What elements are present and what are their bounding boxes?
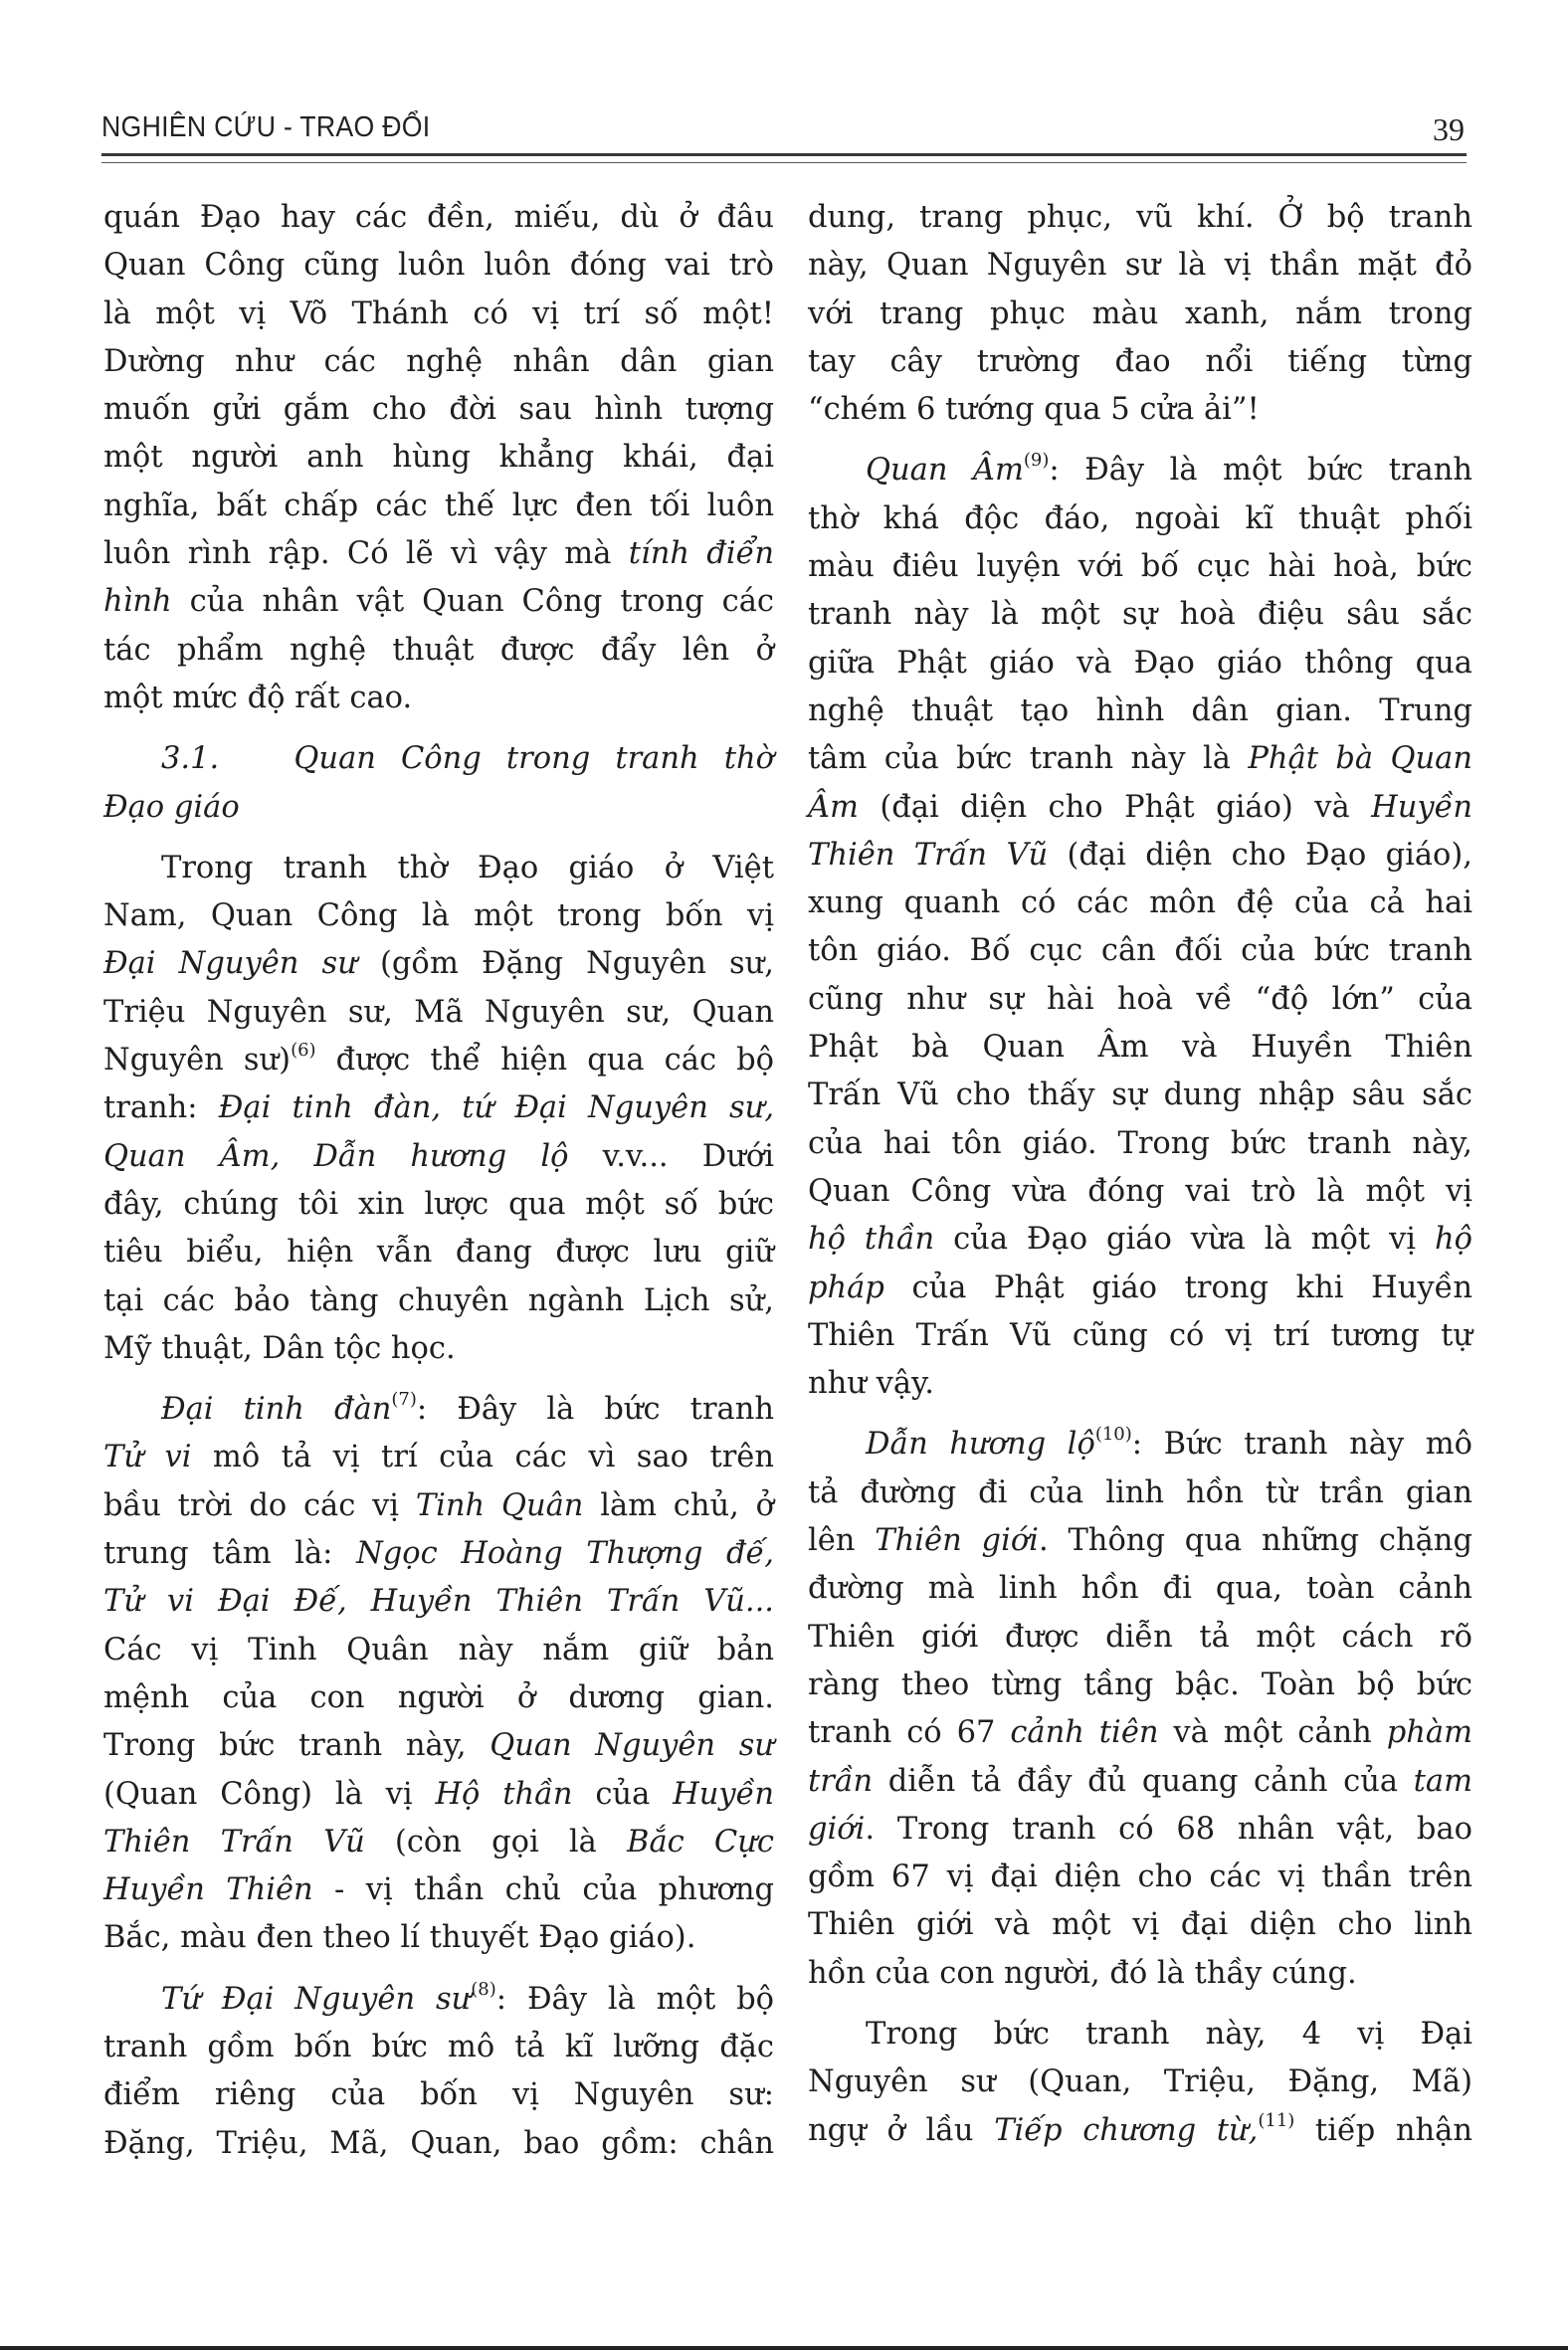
- text-line: Bắc, màu đen theo lí thuyết Đạo giáo).: [103, 1914, 774, 1962]
- text-run: . Trong tranh có 68 nhân vật, bao: [865, 1812, 1472, 1847]
- section-title: NGHIÊN CỨU - TRAO ĐỔI: [101, 111, 430, 144]
- text-line: Tử vi Đại Đế, Huyền Thiên Trấn Vũ...: [103, 1578, 774, 1626]
- text-line: Âm (đại diện cho Phật giáo) và Huyền: [808, 784, 1472, 832]
- text-line: ngự ở lầu Tiếp chương từ,(11) tiếp nhận: [808, 2107, 1472, 2155]
- heading-line: Đạo giáo: [103, 784, 774, 832]
- emphasis: Đại Nguyên sư: [103, 946, 357, 981]
- emphasis: cảnh tiên: [1010, 1715, 1158, 1750]
- text-line: quán Đạo hay các đền, miếu, dù ở đâu: [103, 194, 774, 242]
- text-line: ràng theo từng tầng bậc. Toàn bộ bức: [808, 1662, 1472, 1709]
- text-run: bầu trời do các vị: [103, 1488, 416, 1523]
- paragraph-dan-huong-lo: Dẫn hương lộ(10): Bức tranh này mô tả đư…: [808, 1421, 1472, 1998]
- text-run: Nguyên sư): [103, 1043, 291, 1078]
- emphasis: Tinh Quân: [416, 1488, 584, 1523]
- text-line: tranh này là một sự hoà điệu sâu sắc: [808, 591, 1472, 639]
- emphasis: Tử vi: [103, 1440, 191, 1474]
- emphasis: Phật bà Quan: [1248, 741, 1472, 776]
- text-line: đây, chúng tôi xin lược qua một số bức: [103, 1181, 774, 1229]
- text-line: Quan Công vừa đóng vai trò là một vị: [808, 1168, 1472, 1216]
- text-line: “chém 6 tướng qua 5 cửa ải”!: [808, 386, 1472, 434]
- paragraph-quan-am: Quan Âm(9): Đây là một bức tranh thờ khá…: [808, 447, 1472, 1408]
- page-number: 39: [1433, 111, 1465, 148]
- emphasis: Huyền Thiên: [103, 1872, 313, 1907]
- footnote-ref-11[interactable]: (11): [1258, 2110, 1294, 2131]
- text-run: tranh có 67: [808, 1715, 1010, 1750]
- text-line: Quan Âm(9): Đây là một bức tranh: [808, 447, 1472, 494]
- text-line: xung quanh có các môn đệ của cả hai: [808, 880, 1472, 927]
- text-line: Các vị Tinh Quân này nắm giữ bản: [103, 1627, 774, 1674]
- text-line: tay cây trường đao nổi tiếng từng: [808, 338, 1472, 386]
- text-line: điểm riêng của bốn vị Nguyên sư:: [103, 2071, 774, 2119]
- emphasis: Đại tinh đàn: [161, 1392, 391, 1427]
- footnote-ref-7[interactable]: (7): [391, 1389, 417, 1410]
- text-line: muốn gửi gắm cho đời sau hình tượng: [103, 386, 774, 434]
- text-line: thờ khá độc đáo, ngoài kĩ thuật phối: [808, 495, 1472, 543]
- section-heading-3-1: 3.1. Quan Công trong tranh thờ Đạo giáo: [103, 735, 774, 832]
- paragraph-dai-nguyen-su: Trong tranh thờ Đạo giáo ở Việt Nam, Qua…: [103, 845, 774, 1373]
- emphasis: Quan Âm: [866, 453, 1024, 488]
- text-line: tôn giáo. Bố cục cân đối của bức tranh: [808, 927, 1472, 975]
- text-line: Trong tranh thờ Đạo giáo ở Việt: [103, 845, 774, 892]
- emphasis: phàm: [1387, 1715, 1472, 1750]
- text-line: giới. Trong tranh có 68 nhân vật, bao: [808, 1806, 1472, 1854]
- text-run: của nhân vật Quan Công trong các: [172, 584, 774, 619]
- text-run: của Đạo giáo vừa là một vị: [934, 1222, 1435, 1257]
- paragraph-intro-continued: quán Đạo hay các đền, miếu, dù ở đâu Qua…: [103, 194, 774, 722]
- text-run: : Bức tranh này mô: [1132, 1427, 1472, 1462]
- text-run: (đại diện cho Phật giáo) và: [859, 790, 1371, 825]
- text-line: tả đường đi của linh hồn từ trần gian: [808, 1470, 1472, 1517]
- text-line: Thiên Trấn Vũ cũng có vị trí tương tự: [808, 1312, 1472, 1360]
- text-line: Trong bức tranh này, Quan Nguyên sư: [103, 1722, 774, 1770]
- heading-line: 3.1. Quan Công trong tranh thờ: [103, 735, 774, 783]
- emphasis: Quan Nguyên sư: [490, 1728, 774, 1763]
- emphasis: Huyền: [1371, 790, 1472, 825]
- text-line: Quan Công cũng luôn luôn đóng vai trò: [103, 242, 774, 290]
- text-line: Thiên Trấn Vũ (đại diện cho Đạo giáo),: [808, 832, 1472, 880]
- text-line: Đặng, Triệu, Mã, Quan, bao gồm: chân: [103, 2120, 774, 2168]
- text-line: với trang phục màu xanh, nắm trong: [808, 291, 1472, 338]
- emphasis: pháp: [808, 1271, 884, 1305]
- footnote-ref-6[interactable]: (6): [291, 1040, 316, 1061]
- emphasis: giới: [808, 1812, 865, 1847]
- text-line: Dường như các nghệ nhân dân gian: [103, 338, 774, 386]
- text-line: mệnh của con người ở dương gian.: [103, 1674, 774, 1722]
- emphasis: trần: [808, 1764, 873, 1799]
- paragraph-tu-dai-continued: dung, trang phục, vũ khí. Ở bộ tranh này…: [808, 194, 1472, 434]
- text-line: (Quan Công) là vị Hộ thần của Huyền: [103, 1771, 774, 1819]
- text-run: ngự ở lầu: [808, 2113, 994, 2148]
- emphasis: Tử vi Đại Đế, Huyền Thiên Trấn Vũ...: [103, 1584, 774, 1619]
- text-line: gồm 67 vị đại diện cho các vị thần trên: [808, 1854, 1472, 1901]
- text-line: Dẫn hương lộ(10): Bức tranh này mô: [808, 1421, 1472, 1469]
- footnote-ref-8[interactable]: (8): [471, 1979, 496, 2000]
- paragraph-tu-dai-nguyen-su: Tứ Đại Nguyên sư(8): Đây là một bộ tranh…: [103, 1976, 774, 2168]
- emphasis: hộ: [1435, 1222, 1472, 1257]
- text-line: Nguyên sư (Quan, Triệu, Đặng, Mã): [808, 2058, 1472, 2106]
- text-line: bầu trời do các vị Tinh Quân làm chủ, ở: [103, 1482, 774, 1530]
- text-run: (Quan Công) là vị: [103, 1777, 435, 1812]
- paragraph-bon-dai-nguyen-su: Trong bức tranh này, 4 vị Đại Nguyên sư …: [808, 2011, 1472, 2155]
- text-line: hồn của con người, đó là thầy cúng.: [808, 1950, 1472, 1998]
- emphasis: Bắc Cực: [627, 1825, 774, 1860]
- text-run: tranh:: [103, 1090, 219, 1125]
- text-line: Tứ Đại Nguyên sư(8): Đây là một bộ: [103, 1976, 774, 2024]
- text-run: . Thông qua những chặng: [1039, 1523, 1472, 1558]
- text-line: Thiên Trấn Vũ (còn gọi là Bắc Cực: [103, 1819, 774, 1866]
- text-run: luôn rình rập. Có lẽ vì vậy mà: [103, 536, 629, 571]
- text-line: tại các bảo tàng chuyên ngành Lịch sử,: [103, 1277, 774, 1325]
- emphasis: Quan Âm, Dẫn hương lộ: [103, 1139, 568, 1174]
- text-run: : Đây là bức tranh: [417, 1392, 774, 1427]
- heading-number: 3.1.: [161, 741, 219, 776]
- text-line: là một vị Võ Thánh có vị trí số một!: [103, 291, 774, 338]
- text-run: - vị thần chủ của phương: [313, 1872, 774, 1907]
- text-line: nghĩa, bất chấp các thế lực đen tối luôn: [103, 483, 774, 530]
- text-run: của: [573, 1777, 674, 1812]
- text-run: (gồm Đặng Nguyên sư,: [357, 946, 774, 981]
- text-run: tiếp nhận: [1294, 2113, 1472, 2148]
- text-line: Tử vi mô tả vị trí của các vì sao trên: [103, 1434, 774, 1481]
- emphasis: Ngọc Hoàng Thượng đế,: [356, 1536, 774, 1571]
- emphasis: Đại tinh đàn, tứ Đại Nguyên sư,: [219, 1090, 774, 1125]
- text-line: giữa Phật giáo và Đạo giáo thông qua: [808, 640, 1472, 687]
- text-line: Trấn Vũ cho thấy sự dung nhập sâu sắc: [808, 1072, 1472, 1119]
- text-run: : Đây là một bức tranh: [1049, 453, 1472, 488]
- text-run: (đại diện cho Đạo giáo),: [1048, 838, 1472, 873]
- emphasis: Dẫn hương lộ: [866, 1427, 1095, 1462]
- text-line: trung tâm là: Ngọc Hoàng Thượng đế,: [103, 1530, 774, 1578]
- text-run: lên: [808, 1523, 875, 1558]
- emphasis: Thiên Trấn Vũ: [808, 838, 1048, 873]
- text-run: v.v... Dưới: [568, 1139, 774, 1174]
- text-line: tranh có 67 cảnh tiên và một cảnh phàm: [808, 1709, 1472, 1757]
- text-line: Triệu Nguyên sư, Mã Nguyên sư, Quan: [103, 989, 774, 1037]
- emphasis: Thiên giới: [875, 1523, 1039, 1558]
- text-run: (còn gọi là: [365, 1825, 627, 1860]
- paragraph-dai-tinh-dan: Đại tinh đàn(7): Đây là bức tranh Tử vi …: [103, 1386, 774, 1963]
- text-line: Huyền Thiên - vị thần chủ của phương: [103, 1866, 774, 1914]
- text-run: của Phật giáo trong khi Huyền: [884, 1271, 1472, 1305]
- text-run: làm chủ, ở: [583, 1488, 774, 1523]
- text-line: này, Quan Nguyên sư là vị thần mặt đỏ: [808, 242, 1472, 290]
- text-line: tranh: Đại tinh đàn, tứ Đại Nguyên sư,: [103, 1084, 774, 1132]
- text-run: : Đây là một bộ: [496, 1982, 774, 2017]
- text-line: đường mà linh hồn đi qua, toàn cảnh: [808, 1565, 1472, 1613]
- text-run: mô tả vị trí của các vì sao trên: [191, 1440, 774, 1474]
- running-header: NGHIÊN CỨU - TRAO ĐỔI 39: [101, 111, 1467, 155]
- text-line: Đại Nguyên sư (gồm Đặng Nguyên sư,: [103, 940, 774, 988]
- text-line: như vậy.: [808, 1360, 1472, 1408]
- emphasis: hộ thần: [808, 1222, 934, 1257]
- emphasis: Thiên Trấn Vũ: [103, 1825, 365, 1860]
- text-line: cũng như sự hài hoà về “độ lớn” của: [808, 976, 1472, 1024]
- footnote-ref-10[interactable]: (10): [1095, 1424, 1132, 1445]
- header-double-rule: [101, 153, 1467, 163]
- text-run: trung tâm là:: [103, 1536, 356, 1571]
- text-line: dung, trang phục, vũ khí. Ở bộ tranh: [808, 194, 1472, 242]
- text-run: diễn tả đầy đủ quang cảnh của: [873, 1764, 1413, 1799]
- text-run: Trong bức tranh này,: [103, 1728, 490, 1763]
- text-line: tiêu biểu, hiện vẫn đang được lưu giữ: [103, 1229, 774, 1276]
- text-run: và một cảnh: [1159, 1715, 1387, 1750]
- text-line: Thiên giới và một vị đại diện cho linh: [808, 1901, 1472, 1949]
- emphasis: Tiếp chương từ,: [994, 2113, 1258, 2148]
- text-line: hộ thần của Đạo giáo vừa là một vị hộ: [808, 1216, 1472, 1264]
- text-run: tâm của bức tranh này là: [808, 741, 1248, 776]
- left-column: quán Đạo hay các đền, miếu, dù ở đâu Qua…: [103, 194, 774, 2181]
- text-line: hình của nhân vật Quan Công trong các: [103, 578, 774, 626]
- text-line: Nam, Quan Công là một trong bốn vị: [103, 892, 774, 940]
- emphasis: Âm: [808, 790, 859, 825]
- text-line: Nguyên sư)(6) được thể hiện qua các bộ: [103, 1037, 774, 1084]
- emphasis: Hộ thần: [435, 1777, 572, 1812]
- heading-text: Quan Công trong tranh thờ: [294, 741, 774, 776]
- text-line: Đại tinh đàn(7): Đây là bức tranh: [103, 1386, 774, 1434]
- text-line: Mỹ thuật, Dân tộc học.: [103, 1325, 774, 1373]
- text-line: một người anh hùng khẳng khái, đại: [103, 434, 774, 482]
- text-line: luôn rình rập. Có lẽ vì vậy mà tính điển: [103, 530, 774, 578]
- text-line: của hai tôn giáo. Trong bức tranh này,: [808, 1120, 1472, 1168]
- text-line: tác phẩm nghệ thuật được đẩy lên ở: [103, 627, 774, 675]
- emphasis: Huyền: [673, 1777, 774, 1812]
- page-bottom-edge: [0, 2346, 1568, 2350]
- text-line: màu điêu luyện với bố cục hài hoà, bức: [808, 543, 1472, 591]
- text-line: tâm của bức tranh này là Phật bà Quan: [808, 735, 1472, 783]
- text-line: một mức độ rất cao.: [103, 675, 774, 722]
- text-line: Trong bức tranh này, 4 vị Đại: [808, 2011, 1472, 2058]
- emphasis: tính điển: [629, 536, 774, 571]
- emphasis: hình: [103, 584, 172, 619]
- text-line: tranh gồm bốn bức mô tả kĩ lưỡng đặc: [103, 2024, 774, 2071]
- footnote-ref-9[interactable]: (9): [1024, 450, 1050, 471]
- text-line: pháp của Phật giáo trong khi Huyền: [808, 1265, 1472, 1312]
- text-line: nghệ thuật tạo hình dân gian. Trung: [808, 687, 1472, 735]
- emphasis: tam: [1414, 1764, 1472, 1799]
- text-line: trần diễn tả đầy đủ quang cảnh của tam: [808, 1758, 1472, 1806]
- text-line: Thiên giới được diễn tả một cách rõ: [808, 1614, 1472, 1662]
- text-run: được thể hiện qua các bộ: [316, 1043, 774, 1078]
- text-line: lên Thiên giới. Thông qua những chặng: [808, 1517, 1472, 1565]
- emphasis: Tứ Đại Nguyên sư: [161, 1982, 471, 2017]
- text-line: Quan Âm, Dẫn hương lộ v.v... Dưới: [103, 1133, 774, 1181]
- text-line: Phật bà Quan Âm và Huyền Thiên: [808, 1024, 1472, 1072]
- right-column: dung, trang phục, vũ khí. Ở bộ tranh này…: [808, 194, 1472, 2168]
